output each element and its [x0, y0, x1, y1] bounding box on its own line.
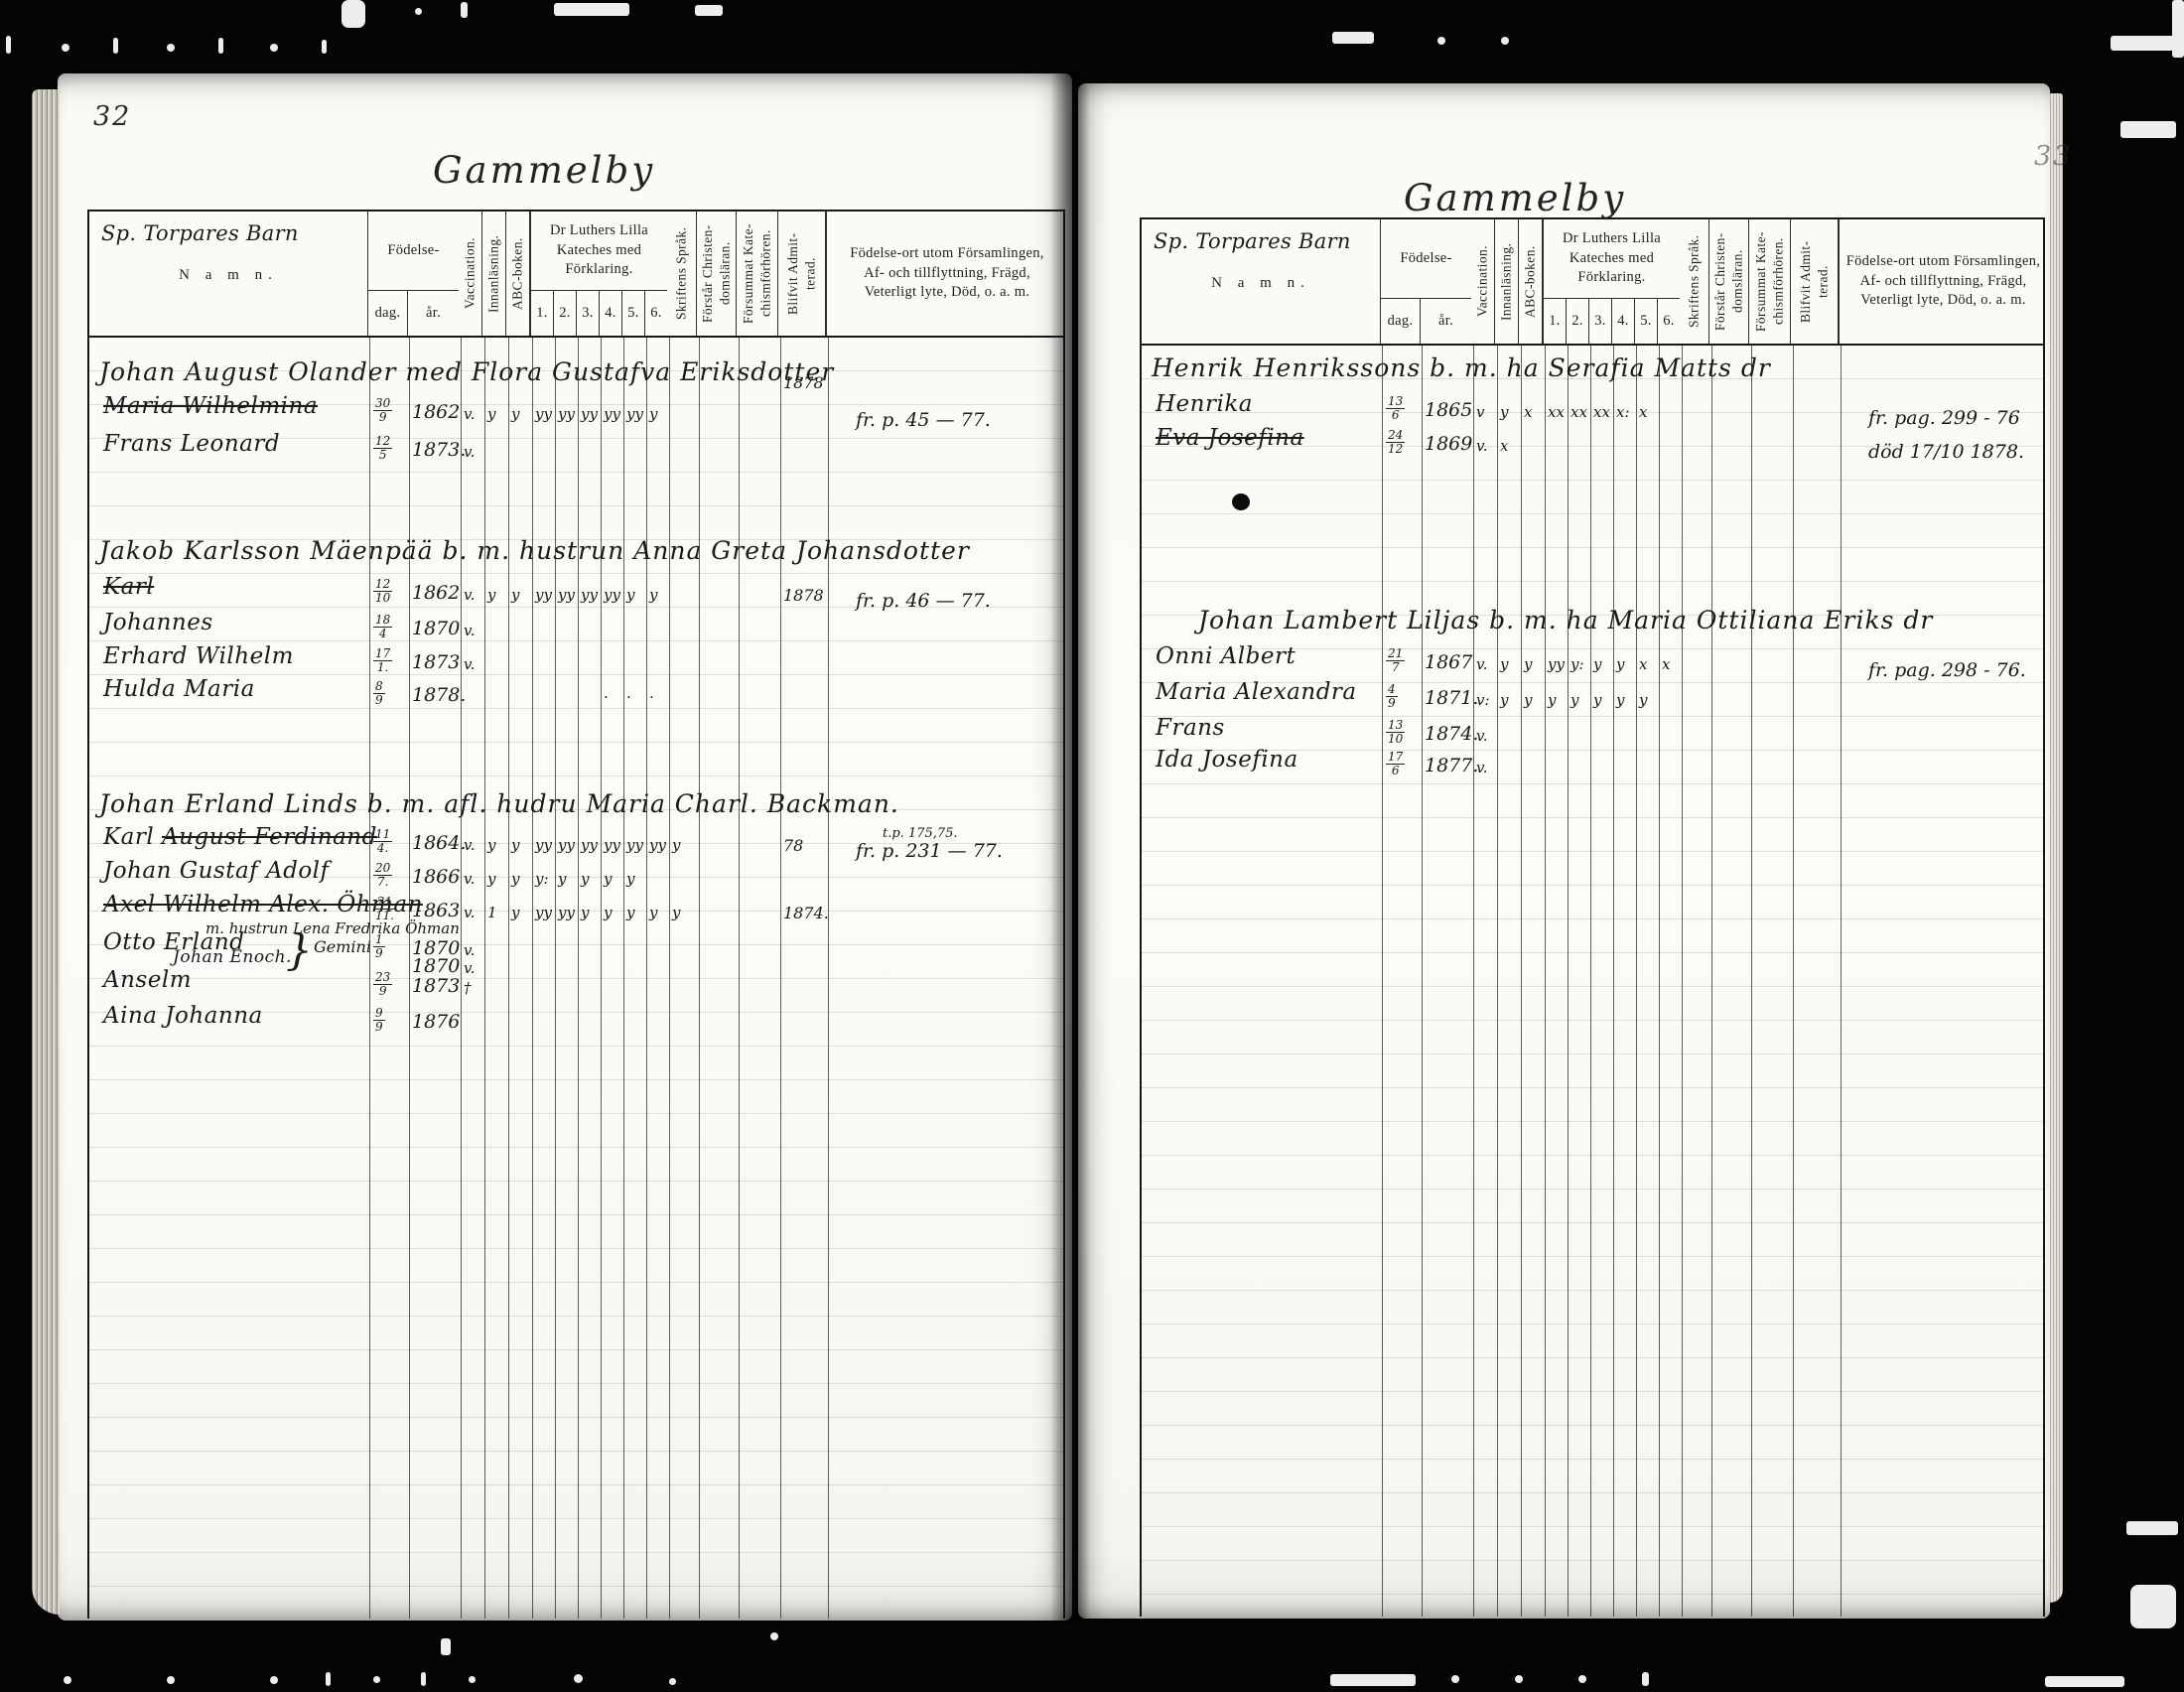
birth-day: 239	[373, 971, 392, 997]
exam-mark: yy	[558, 904, 575, 921]
child-name: Maria Wilhelmina	[103, 393, 318, 419]
column-rule	[739, 338, 740, 1619]
admitted-year: 1874.	[783, 904, 829, 922]
child-name: Maria Alexandra	[1156, 679, 1357, 705]
film-mark	[2120, 121, 2176, 138]
column-rule	[409, 338, 410, 1619]
film-mark	[1515, 1675, 1523, 1683]
exam-mark: 1	[487, 904, 497, 921]
column-rule	[532, 338, 533, 1619]
film-mark	[1451, 1675, 1459, 1683]
column-rule	[1682, 346, 1683, 1617]
birth-day: 99	[373, 1007, 385, 1033]
film-mark	[2172, 0, 2184, 58]
film-mark	[1501, 37, 1509, 45]
exam-mark: y	[581, 904, 589, 921]
exam-mark: y	[1524, 655, 1532, 673]
birth-day: 207.	[373, 862, 392, 888]
film-mark	[770, 1632, 778, 1640]
exam-mark: y	[511, 870, 519, 888]
column-rule	[578, 338, 579, 1619]
exam-mark: yy	[581, 586, 598, 604]
child-name: Karl August Ferdinand	[103, 824, 377, 850]
film-mark	[6, 36, 11, 54]
exam-mark: x	[1639, 655, 1647, 673]
family-head: Jakob Karlsson Mäenpää b. m. hustrun Ann…	[99, 536, 970, 565]
film-mark	[167, 44, 175, 52]
child-name: Karl	[103, 574, 154, 600]
column-rule	[646, 338, 647, 1619]
column-rule	[1659, 346, 1660, 1617]
exam-mark: v.	[1476, 655, 1487, 673]
col-katekes: Dr Luthers Lilla Kateches med Förklaring…	[530, 211, 667, 291]
exam-mark: v.	[464, 870, 475, 888]
left-page: 32 Gammelby Sp. Torpares Barn N a m n. F…	[58, 73, 1072, 1621]
exam-mark: xx	[1593, 403, 1610, 421]
birth-year: 1869	[1425, 433, 1472, 455]
film-mark	[64, 1676, 71, 1684]
column-rule	[1636, 346, 1637, 1617]
exam-mark: x	[1524, 403, 1532, 421]
record-note: t.p. 175,75.	[883, 826, 958, 841]
film-mark	[469, 1676, 476, 1683]
column-rule	[1711, 346, 1712, 1617]
exam-mark: y	[1548, 691, 1556, 709]
col-k4: 4.	[1611, 299, 1634, 344]
admitted-year: 78	[783, 836, 803, 855]
column-rule	[1497, 346, 1498, 1617]
page-title: Gammelby	[433, 149, 655, 192]
exam-mark: y	[1500, 655, 1508, 673]
exam-mark: yy	[604, 405, 620, 423]
exam-mark: y	[511, 405, 519, 423]
column-rule	[484, 338, 485, 1619]
film-mark	[2111, 36, 2174, 51]
col-abc-boken: ABC-boken.	[1519, 219, 1543, 344]
birth-day: 1210	[373, 578, 392, 604]
exam-mark: y	[604, 904, 612, 921]
col-innanlasning: Innanläsning.	[1495, 219, 1519, 344]
exam-mark: y	[626, 904, 634, 921]
record-note: fr. p. 231 — 77.	[856, 840, 1003, 862]
birth-year: 1867	[1425, 651, 1472, 673]
column-rule	[1521, 346, 1522, 1617]
col-ar: år.	[407, 291, 459, 336]
record-note: död 17/10 1878.	[1868, 441, 2024, 463]
column-rule	[699, 338, 700, 1619]
film-mark	[1642, 1672, 1649, 1686]
exam-mark: y	[1616, 691, 1624, 709]
admitted-year: 1878	[783, 373, 824, 392]
film-mark	[669, 1678, 676, 1685]
birth-year: 1862	[412, 401, 460, 423]
birth-day: 136	[1386, 395, 1405, 421]
exam-mark: yy	[581, 836, 598, 854]
column-rule	[601, 338, 602, 1619]
birth-day: 217	[1386, 647, 1405, 673]
col-k5: 5.	[621, 291, 644, 336]
film-mark	[218, 38, 223, 54]
exam-mark: xx	[1548, 403, 1565, 421]
col-k6: 6.	[1657, 299, 1680, 344]
exam-mark: yy	[626, 405, 643, 423]
column-rule	[1751, 346, 1752, 1617]
birth-year: 1877.	[1425, 755, 1478, 776]
exam-mark: y	[626, 870, 634, 888]
film-mark	[373, 1676, 380, 1683]
exam-mark: x:	[1616, 403, 1630, 421]
exam-mark: y	[604, 870, 612, 888]
record-note: fr. p. 46 — 77.	[856, 590, 991, 612]
handwritten-column-group: Sp. Torpares Barn	[101, 219, 299, 247]
exam-mark: yy	[1548, 655, 1565, 673]
table-header: Sp. Torpares Barn N a m n. Födelse- dag.…	[87, 210, 1065, 338]
family-head: Henrik Henrikssons b. m. ha Serafia Matt…	[1152, 353, 1771, 382]
exam-mark: y	[672, 836, 680, 854]
exam-mark: y:	[1570, 655, 1584, 673]
column-rule	[1473, 346, 1474, 1617]
col-forstar-christendomslaran: Förstår Christen- domsläran.	[697, 211, 737, 336]
exam-mark: y	[626, 586, 634, 604]
birth-day: 171.	[373, 647, 392, 673]
family-head: Johan August Olander med Flora Gustafva …	[99, 357, 834, 386]
page-stack-edge	[2050, 93, 2063, 1603]
exam-mark: y	[511, 586, 519, 604]
film-mark	[441, 1638, 451, 1655]
exam-mark: ·	[604, 688, 609, 706]
exam-mark: yy	[558, 586, 575, 604]
exam-mark: yy	[558, 405, 575, 423]
child-name: Johan Gustaf Adolf	[103, 858, 330, 884]
col-dag: dag.	[1380, 299, 1420, 344]
birth-day: 2412	[1386, 429, 1405, 455]
film-mark	[1437, 37, 1445, 45]
film-mark	[1578, 1675, 1586, 1683]
film-mark	[2130, 1585, 2176, 1628]
exam-mark: v.	[464, 655, 475, 673]
exam-mark: y	[1593, 691, 1601, 709]
child-name: Eva Josefina	[1156, 425, 1304, 451]
child-name: Aina Johanna	[103, 1003, 263, 1029]
exam-mark: yy	[626, 836, 643, 854]
exam-mark: y	[1593, 655, 1601, 673]
record-note: fr. p. 45 — 77.	[856, 409, 991, 431]
twin-label: Gemini	[314, 937, 371, 956]
exam-mark: yy	[535, 836, 552, 854]
film-mark	[270, 44, 278, 52]
page-title: Gammelby	[1404, 177, 1626, 219]
exam-mark: y	[1639, 691, 1647, 709]
exam-mark: yy	[581, 405, 598, 423]
film-mark	[1330, 1674, 1416, 1686]
col-k1: 1.	[1543, 299, 1566, 344]
child-name: Ida Josefina	[1156, 747, 1298, 773]
col-vaccination: Vaccination.	[459, 211, 482, 336]
col-namn-label: N a m n.	[89, 265, 367, 285]
exam-mark: yy	[604, 586, 620, 604]
column-rule	[1568, 346, 1569, 1617]
child-name: Onni Albert	[1156, 643, 1296, 669]
film-frame: 32 Gammelby Sp. Torpares Barn N a m n. F…	[0, 0, 2184, 1692]
birth-year: 1863	[412, 900, 460, 921]
birth-day: 309	[373, 397, 392, 423]
exam-mark: v.	[464, 941, 475, 959]
child-name: Frans	[1156, 715, 1225, 741]
page-number: 33	[2034, 141, 2072, 172]
exam-mark: x	[1639, 403, 1647, 421]
family-head: Johan Lambert Liljas b. m. ha Maria Otti…	[1198, 606, 1933, 634]
column-rule	[461, 338, 462, 1619]
exam-mark: y	[487, 405, 495, 423]
birth-year: 1870	[412, 618, 460, 639]
col-forsummat-katechismforhoren: Försummat Kate- chismförhören.	[1749, 219, 1791, 344]
col-blifvit-admitterad: Blifvit Admit- terad.	[778, 211, 826, 336]
birth-day: 89	[373, 680, 385, 706]
exam-mark: y	[487, 836, 495, 854]
column-rule	[1793, 346, 1794, 1617]
film-mark	[167, 1676, 175, 1684]
exam-mark: v.	[464, 959, 475, 977]
exam-mark: y	[487, 586, 495, 604]
exam-mark: v.	[1476, 727, 1487, 745]
birth-year: 1864.	[412, 832, 466, 854]
col-ar: år.	[1420, 299, 1471, 344]
exam-mark: ·	[649, 688, 654, 706]
page-stack-edge	[32, 89, 60, 1615]
exam-mark: v.	[464, 622, 475, 639]
exam-mark: y	[1500, 691, 1508, 709]
birth-day: 1310	[1386, 719, 1405, 745]
child-name: Johan Enoch.	[173, 947, 292, 967]
col-k3: 3.	[1588, 299, 1611, 344]
birth-day: 114.	[373, 828, 392, 854]
film-mark	[554, 3, 629, 16]
table-body: Henrik Henrikssons b. m. ha Serafia Matt…	[1140, 346, 2045, 1617]
exam-mark: †	[464, 979, 472, 997]
birth-year: 1878.	[412, 684, 466, 706]
exam-mark: y	[1524, 691, 1532, 709]
exam-mark: y	[649, 405, 657, 423]
exam-mark: ·	[626, 688, 631, 706]
col-skriftens-sprak: Skriftens Språk.	[667, 211, 697, 336]
birth-day: 2111.	[373, 896, 396, 921]
birth-year: 1866	[412, 866, 460, 888]
film-mark	[62, 44, 69, 52]
column-rule	[1590, 346, 1591, 1617]
column-rule	[1422, 346, 1423, 1617]
exam-mark: y	[1500, 403, 1508, 421]
exam-mark: v.	[464, 586, 475, 604]
col-k3: 3.	[576, 291, 599, 336]
column-rule	[369, 338, 370, 1619]
film-mark	[2126, 1521, 2178, 1535]
column-name: Sp. Torpares Barn N a m n.	[1142, 219, 1380, 344]
film-mark	[421, 1672, 426, 1686]
exam-mark: y	[1616, 655, 1624, 673]
col-k1: 1.	[530, 291, 553, 336]
child-name: Anselm	[103, 967, 192, 993]
column-rule	[669, 338, 670, 1619]
film-mark	[270, 1676, 278, 1684]
exam-mark: yy	[604, 836, 620, 854]
col-katekes: Dr Luthers Lilla Kateches med Förklaring…	[1543, 219, 1680, 299]
exam-mark: v.	[464, 443, 475, 461]
exam-mark: v.	[1476, 759, 1487, 776]
col-notes: Födelse-ort utom Församlingen, Af- och t…	[826, 211, 1067, 336]
exam-mark: v.	[464, 836, 475, 854]
col-k5: 5.	[1634, 299, 1657, 344]
col-namn-label: N a m n.	[1142, 273, 1380, 293]
col-skriftens-sprak: Skriftens Språk.	[1680, 219, 1709, 344]
exam-mark: yy	[535, 904, 552, 921]
column-rule	[508, 338, 509, 1619]
exam-mark: y	[487, 870, 495, 888]
col-k2: 2.	[1566, 299, 1588, 344]
exam-mark: yy	[649, 836, 666, 854]
exam-mark: v	[1476, 403, 1484, 421]
column-name: Sp. Torpares Barn N a m n.	[89, 211, 367, 336]
col-vaccination: Vaccination.	[1471, 219, 1495, 344]
col-fodelse: Födelse-	[1380, 219, 1471, 299]
column-rule	[1841, 346, 1842, 1617]
exam-mark: y	[558, 870, 566, 888]
exam-mark: y	[649, 586, 657, 604]
exam-mark: y	[672, 904, 680, 921]
column-rule	[555, 338, 556, 1619]
exam-mark: y	[1570, 691, 1578, 709]
birth-year: 1862	[412, 582, 460, 604]
table-body: Johan August Olander med Flora Gustafva …	[87, 338, 1065, 1619]
film-mark	[326, 1672, 331, 1686]
exam-mark: x	[1500, 437, 1508, 455]
col-forsummat-katechismforhoren: Försummat Kate- chismförhören.	[737, 211, 778, 336]
exam-mark: yy	[535, 586, 552, 604]
column-rule	[1545, 346, 1546, 1617]
col-k6: 6.	[644, 291, 667, 336]
birth-year: 1865	[1425, 399, 1472, 421]
exam-mark: y	[649, 904, 657, 921]
birth-year: 1873	[412, 651, 460, 673]
film-mark	[1332, 32, 1374, 44]
column-rule	[623, 338, 624, 1619]
birth-year: 1873	[412, 975, 460, 997]
birth-year: 1876	[412, 1011, 460, 1033]
child-name: Hulda Maria	[103, 676, 255, 702]
exam-mark: v:	[1476, 691, 1490, 709]
film-mark	[341, 0, 365, 28]
column-rule	[828, 338, 829, 1619]
birth-day: 184	[373, 614, 392, 639]
film-mark	[415, 8, 422, 15]
birth-year: 1871.	[1425, 687, 1478, 709]
exam-mark: v.	[1476, 437, 1487, 455]
record-note: fr. pag. 298 - 76.	[1868, 659, 2026, 681]
birth-day: 176	[1386, 751, 1405, 776]
exam-mark: y	[511, 836, 519, 854]
birth-day: 49	[1386, 683, 1398, 709]
exam-mark: y	[581, 870, 589, 888]
film-mark	[461, 2, 468, 18]
child-name: Erhard Wilhelm	[103, 643, 294, 669]
record-note: fr. pag. 299 - 76	[1868, 407, 2020, 429]
exam-mark: y:	[535, 870, 549, 888]
child-name: Henrika	[1156, 391, 1253, 417]
birth-year: 1873.	[412, 439, 466, 461]
admitted-year: 1878	[783, 586, 824, 605]
film-mark	[695, 5, 723, 16]
column-rule	[1382, 346, 1383, 1617]
birth-year: 1870	[412, 955, 460, 977]
col-fodelse: Födelse-	[367, 211, 459, 291]
page-number: 32	[93, 101, 131, 132]
col-blifvit-admitterad: Blifvit Admit- terad.	[1791, 219, 1839, 344]
exam-mark: v.	[464, 904, 475, 921]
column-rule	[780, 338, 781, 1619]
column-rule	[1613, 346, 1614, 1617]
col-k4: 4.	[599, 291, 621, 336]
col-abc-boken: ABC-boken.	[506, 211, 530, 336]
birth-year: 1874.	[1425, 723, 1478, 745]
col-k2: 2.	[553, 291, 576, 336]
film-mark	[574, 1674, 583, 1683]
handwritten-column-group: Sp. Torpares Barn	[1154, 227, 1351, 255]
exam-mark: x	[1662, 655, 1670, 673]
birth-day: 125	[373, 435, 392, 461]
film-mark	[113, 38, 118, 54]
child-name: Frans Leonard	[103, 431, 280, 457]
film-mark	[322, 40, 327, 54]
col-dag: dag.	[367, 291, 407, 336]
col-forstar-christendomslaran: Förstår Christen- domsläran.	[1709, 219, 1749, 344]
col-notes: Födelse-ort utom Församlingen, Af- och t…	[1839, 219, 2047, 344]
film-mark	[2045, 1676, 2124, 1687]
exam-mark: xx	[1570, 403, 1587, 421]
child-name: Johannes	[103, 610, 213, 635]
exam-mark: y	[511, 904, 519, 921]
table-header: Sp. Torpares Barn N a m n. Födelse- dag.…	[1140, 217, 2045, 346]
exam-mark: v.	[464, 405, 475, 423]
family-head: Johan Erland Linds b. m. afl. hudru Mari…	[99, 789, 899, 818]
right-page: 33 Gammelby Sp. Torpares Barn N a m n. F…	[1078, 83, 2050, 1619]
exam-mark: yy	[558, 836, 575, 854]
col-innanlasning: Innanläsning.	[482, 211, 506, 336]
exam-mark: yy	[535, 405, 552, 423]
birth-day: 19	[373, 933, 385, 959]
